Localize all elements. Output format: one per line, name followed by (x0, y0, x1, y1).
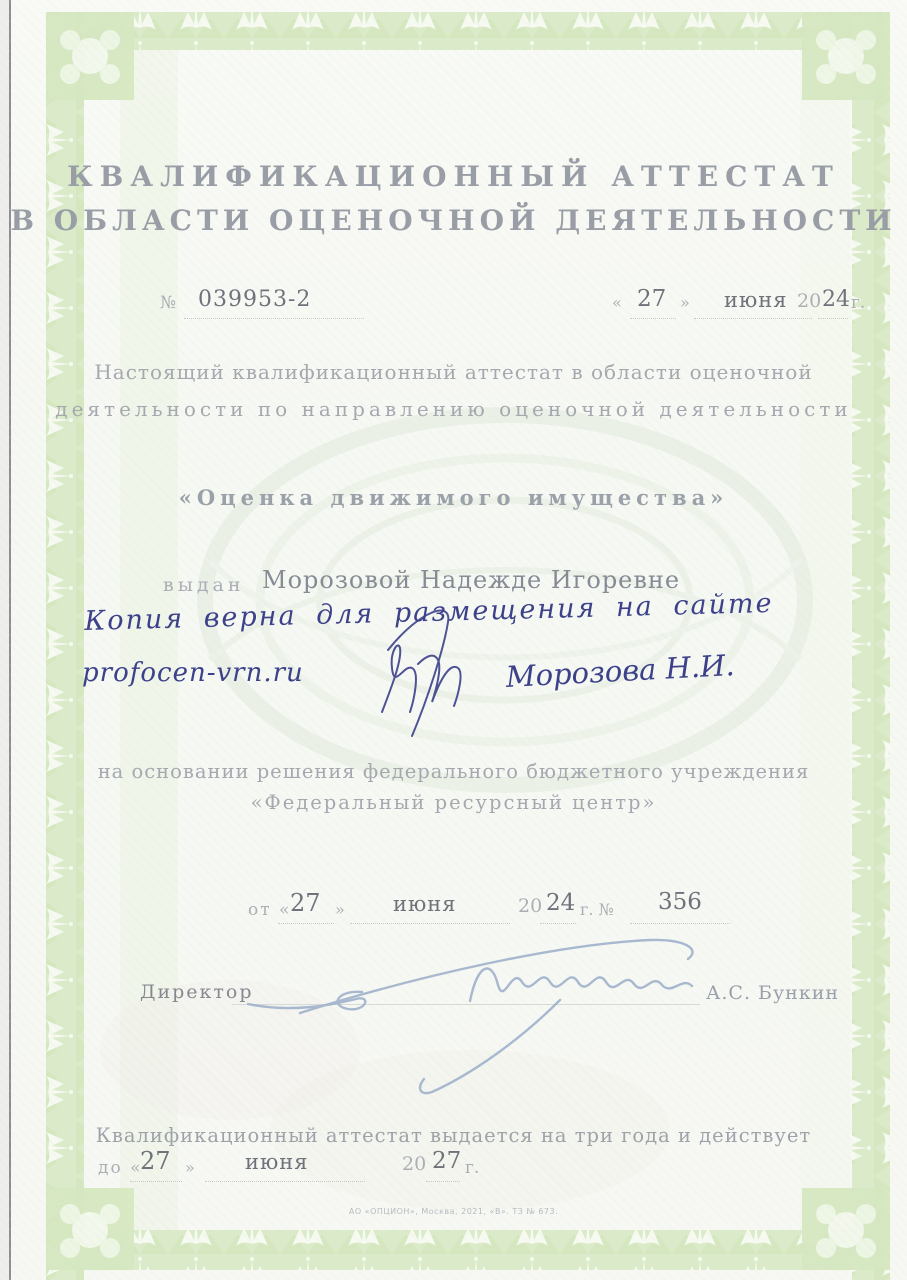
underline (130, 1181, 182, 1182)
valuation-direction: «Оценка движимого имущества» (0, 485, 907, 510)
decision-year: 24 (546, 890, 575, 916)
underline (630, 923, 730, 924)
intro-line2: деятельности по направлению оценочной де… (0, 397, 907, 421)
validity-month: июня (245, 1150, 309, 1174)
issue-month: июня (724, 288, 788, 312)
intro-line1: Настоящий квалификационный аттестат в об… (0, 360, 907, 384)
decision-quote-close: » (335, 900, 345, 919)
decision-prefix: от « (248, 900, 291, 920)
certificate-title-line2: В ОБЛАСТИ ОЦЕНОЧНОЙ ДЕЯТЕЛЬНОСТИ (0, 204, 907, 237)
handwritten-note-line2: profocen-vrn.ru (82, 658, 304, 688)
underline (184, 318, 364, 319)
number-label: № (160, 293, 176, 313)
certificate-title-line1: КВАЛИФИКАЦИОННЫЙ АТТЕСТАТ (0, 160, 907, 193)
decision-month: июня (393, 892, 457, 916)
basis-line1: на основании решения федерального бюджет… (0, 760, 907, 783)
underline (630, 318, 676, 319)
underline (818, 318, 848, 319)
underline (205, 1181, 365, 1182)
underline (278, 923, 334, 924)
underline (350, 923, 510, 924)
issued-label: выдан (163, 574, 245, 596)
decision-number: 356 (658, 889, 702, 915)
validity-line1: Квалификационный аттестат выдается на тр… (0, 1124, 907, 1147)
director-name: А.С. Бункин (706, 982, 839, 1004)
decision-day: 27 (290, 889, 321, 917)
signature-line (232, 1004, 700, 1005)
certificate-scan: { "colors": { "border_green": "#dbebc9",… (0, 0, 907, 1280)
issue-year: 24 (822, 287, 850, 312)
decision-year-prefix: 20 (518, 895, 542, 917)
underline (426, 1181, 460, 1182)
certificate-number: 039953-2 (198, 287, 311, 312)
issue-day: 27 (637, 286, 666, 312)
underline (540, 923, 576, 924)
quote-close: » (680, 293, 690, 312)
decision-mid: г. № (580, 900, 614, 919)
recipient-name: Морозовой Надежде Игоревне (262, 566, 680, 594)
year-suffix: г. (851, 293, 865, 313)
quote-open: « (612, 293, 622, 312)
director-label: Директор (140, 981, 254, 1003)
validity-day: 27 (140, 1147, 171, 1175)
printing-imprint: АО «ОПЦИОН», Москва, 2021, «В». ТЗ № 673… (0, 1207, 907, 1216)
year-prefix: 20 (797, 290, 821, 312)
validity-quote-close: » (185, 1158, 195, 1177)
validity-suffix: г. (465, 1158, 479, 1178)
validity-prefix: до « (98, 1158, 143, 1178)
validity-year-prefix: 20 (402, 1153, 426, 1175)
validity-year: 27 (432, 1148, 461, 1174)
underline (694, 318, 812, 319)
basis-line2: «Федеральный ресурсный центр» (0, 791, 907, 814)
